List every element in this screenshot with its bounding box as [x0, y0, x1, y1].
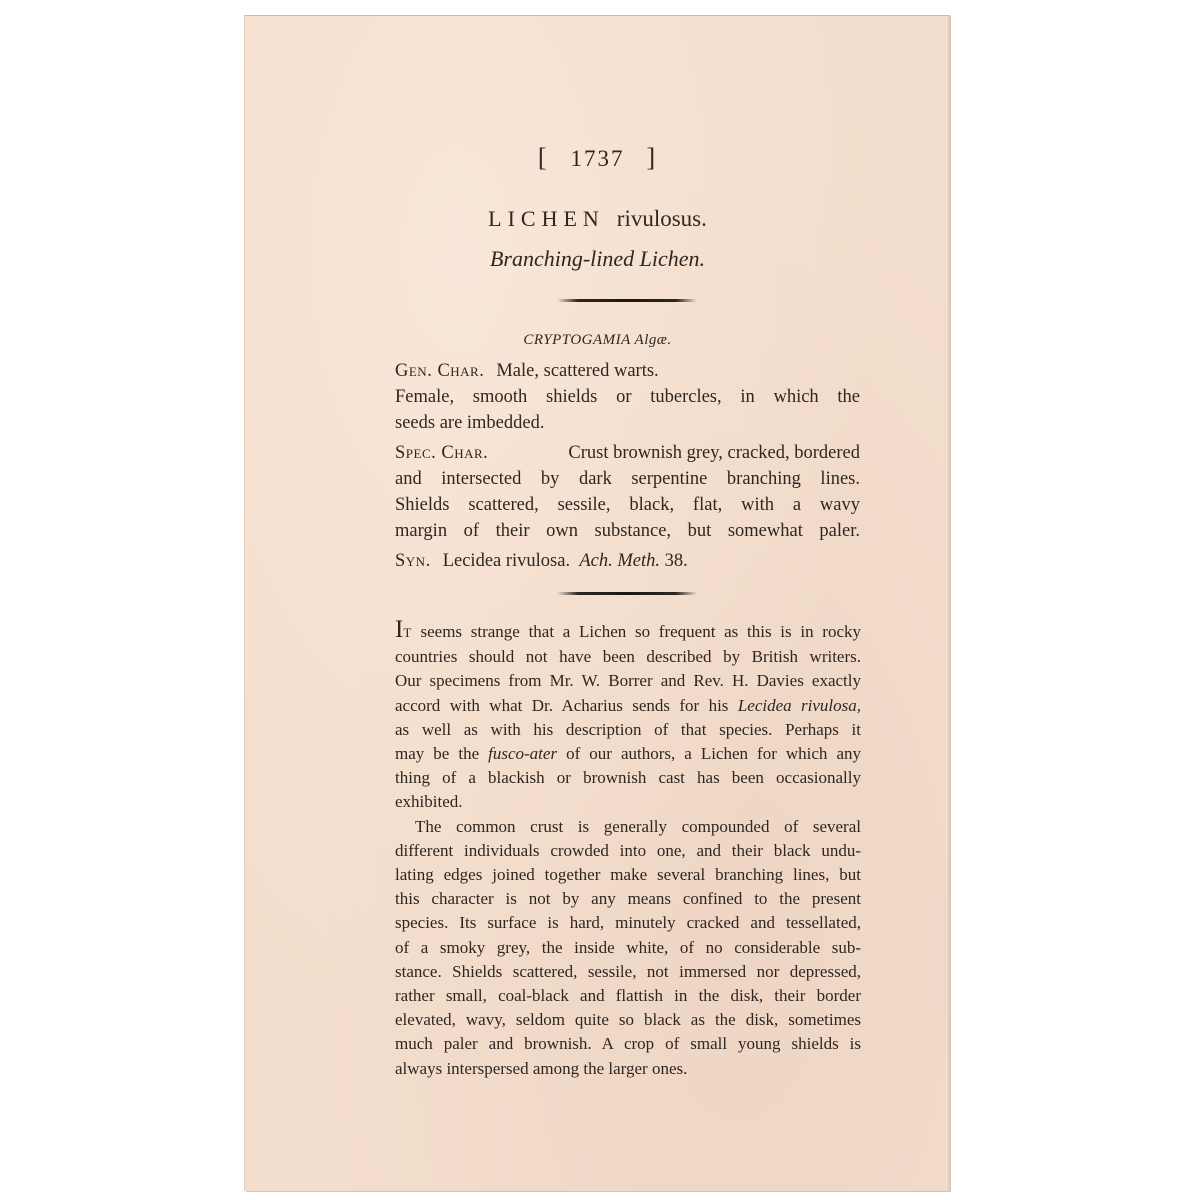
body-line: thing of a blackish or brownish cast has… — [395, 766, 861, 790]
generic-character: Gen. Char.Male, scattered warts. Female,… — [395, 358, 860, 436]
syn-name: Lecidea rivulosa. — [443, 551, 570, 571]
body-text-span: may be the — [395, 744, 488, 763]
paragraph-2: The common crust is generally compounded… — [395, 815, 861, 1081]
body-line: stance. Shields scattered, sessile, not … — [395, 960, 861, 984]
body-line: of a smoky grey, the inside white, of no… — [395, 936, 861, 960]
gen-char-line: Male, scattered warts. — [496, 361, 658, 381]
spec-char-line: margin of their own substance, but somew… — [395, 518, 860, 544]
syn-reference-page: 38. — [665, 551, 688, 571]
body-line: accord with what Dr. Acharius sends for … — [395, 694, 861, 718]
page-number-value: 1737 — [571, 146, 625, 171]
class-name: CRYPTOGAMIA — [523, 332, 630, 348]
body-line: always interspersed among the larger one… — [395, 1057, 861, 1081]
italic-species-name: Lecidea rivulosa, — [738, 696, 861, 715]
species-title: LICHENrivulosus. — [245, 206, 950, 232]
classification: CRYPTOGAMIA Algæ. — [245, 332, 950, 349]
body-line: rather small, coal-black and flattish in… — [395, 984, 861, 1008]
spec-char-line: Crust brownish grey, cracked, bordered — [568, 440, 860, 466]
synonym: Syn.Lecidea rivulosa. Ach. Meth. 38. — [395, 548, 860, 574]
common-name: Branching-lined Lichen. — [245, 246, 950, 272]
genus-name: LICHEN — [488, 206, 605, 231]
body-line: lating edges joined together make severa… — [395, 863, 861, 887]
gen-char-line: seeds are imbedded. — [395, 410, 860, 436]
bracket-open: [ — [538, 143, 549, 172]
small-cap: T — [403, 625, 411, 640]
specific-character: Spec. Char.Crust brownish grey, cracked,… — [395, 440, 860, 544]
body-text-span: accord with what Dr. Acharius sends for … — [395, 696, 738, 715]
species-epithet: rivulosus. — [617, 206, 707, 231]
decorative-rule-top — [557, 299, 697, 302]
bracket-close: ] — [647, 143, 658, 172]
body-line: Our specimens from Mr. W. Borrer and Rev… — [395, 669, 861, 693]
page-edge — [948, 16, 951, 1191]
syn-label: Syn. — [395, 551, 431, 571]
body-line: countries should not have been described… — [395, 645, 861, 669]
body-line: this character is not by any means confi… — [395, 887, 861, 911]
paragraph-1: IT seems strange that a Lichen so freque… — [395, 620, 861, 815]
gen-char-line: Female, smooth shields or tubercles, in … — [395, 384, 860, 410]
italic-species-name: fusco-ater — [488, 744, 557, 763]
book-page: [1737] LICHENrivulosus. Branching-lined … — [245, 15, 950, 1191]
body-text-span: of our authors, a Lichen for which any — [557, 744, 861, 763]
body-line: elevated, wavy, seldom quite so black as… — [395, 1008, 861, 1032]
body-line: may be the fusco-ater of our authors, a … — [395, 742, 861, 766]
body-line: much paler and brownish. A crop of small… — [395, 1032, 861, 1056]
decorative-rule-middle — [557, 592, 697, 595]
page-number: [1737] — [245, 143, 950, 173]
description-body: IT seems strange that a Lichen so freque… — [395, 620, 861, 1081]
body-line: seems strange that a Lichen so frequent … — [412, 622, 861, 641]
body-line: as well as with his description of that … — [395, 718, 861, 742]
body-line: species. Its surface is hard, minutely c… — [395, 911, 861, 935]
body-line: The common crust is generally compounded… — [395, 815, 861, 839]
body-line: different individuals crowded into one, … — [395, 839, 861, 863]
order-name: Algæ. — [635, 332, 672, 348]
spec-char-label: Spec. Char. — [395, 440, 488, 466]
spec-char-line: Shields scattered, sessile, black, flat,… — [395, 492, 860, 518]
syn-reference: Ach. Meth. — [579, 551, 660, 571]
spec-char-line: and intersected by dark serpentine branc… — [395, 466, 860, 492]
body-line: exhibited. — [395, 790, 861, 814]
gen-char-label: Gen. Char. — [395, 361, 484, 381]
